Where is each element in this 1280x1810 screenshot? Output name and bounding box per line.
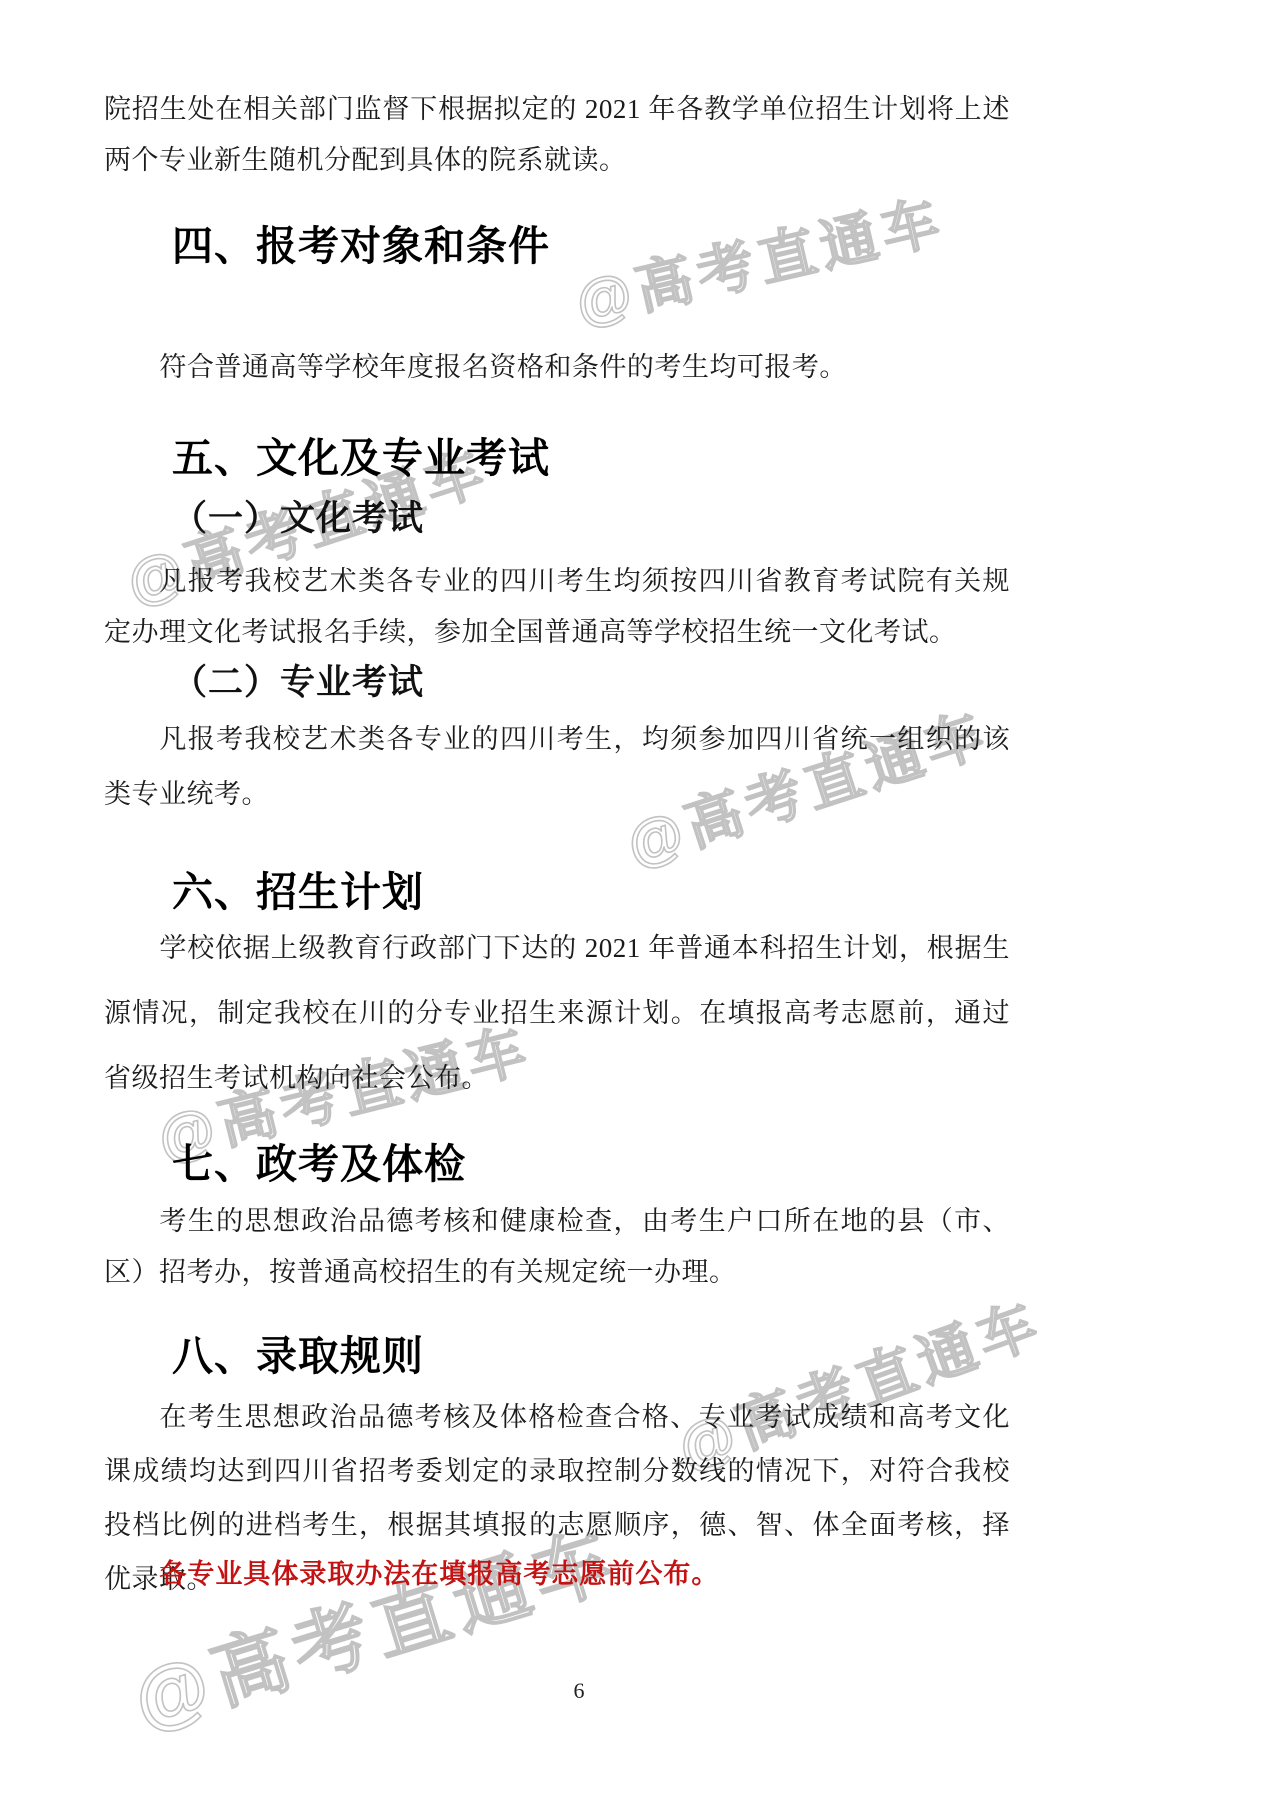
section-heading-7: 七、政考及体检 — [172, 1142, 466, 1187]
section-heading-4: 四、报考对象和条件 — [172, 224, 550, 269]
section-7-paragraph: 考生的思想政治品德考核和健康检查，由考生户口所在地的县（市、区）招考办，按普通高… — [104, 1196, 1010, 1298]
subsection-heading-5-2: （二）专业考试 — [172, 664, 424, 703]
section-6-paragraph: 学校依据上级教育行政部门下达的 2021 年普通本科招生计划，根据生源情况，制定… — [104, 916, 1010, 1111]
watermark: @高考直通车 — [567, 175, 952, 340]
subsection-heading-5-1: （一）文化考试 — [172, 500, 424, 539]
page-number: 6 — [104, 1678, 1054, 1704]
section-8-red-note: 各专业具体录取办法在填报高考志愿前公布。 — [104, 1552, 1010, 1591]
section-heading-8: 八、录取规则 — [172, 1334, 424, 1379]
subsection-5-1-paragraph: 凡报考我校艺术类各专业的四川考生均须按四川省教育考试院有关规定办理文化考试报名手… — [104, 556, 1010, 658]
section-4-paragraph: 符合普通高等学校年度报名资格和条件的考生均可报考。 — [104, 342, 1010, 393]
subsection-5-2-paragraph: 凡报考我校艺术类各专业的四川考生，均须参加四川省统一组织的该类专业统考。 — [104, 712, 1010, 822]
section-heading-6: 六、招生计划 — [172, 870, 424, 915]
document-page: @高考直通车 @高考直通车 @高考直通车 @高考直通车 @高考直通车 @高考直通… — [0, 0, 1280, 1810]
section-heading-5: 五、文化及专业考试 — [172, 436, 550, 481]
continuation-paragraph: 院招生处在相关部门监督下根据拟定的 2021 年各教学单位招生计划将上述两个专业… — [104, 84, 1010, 186]
